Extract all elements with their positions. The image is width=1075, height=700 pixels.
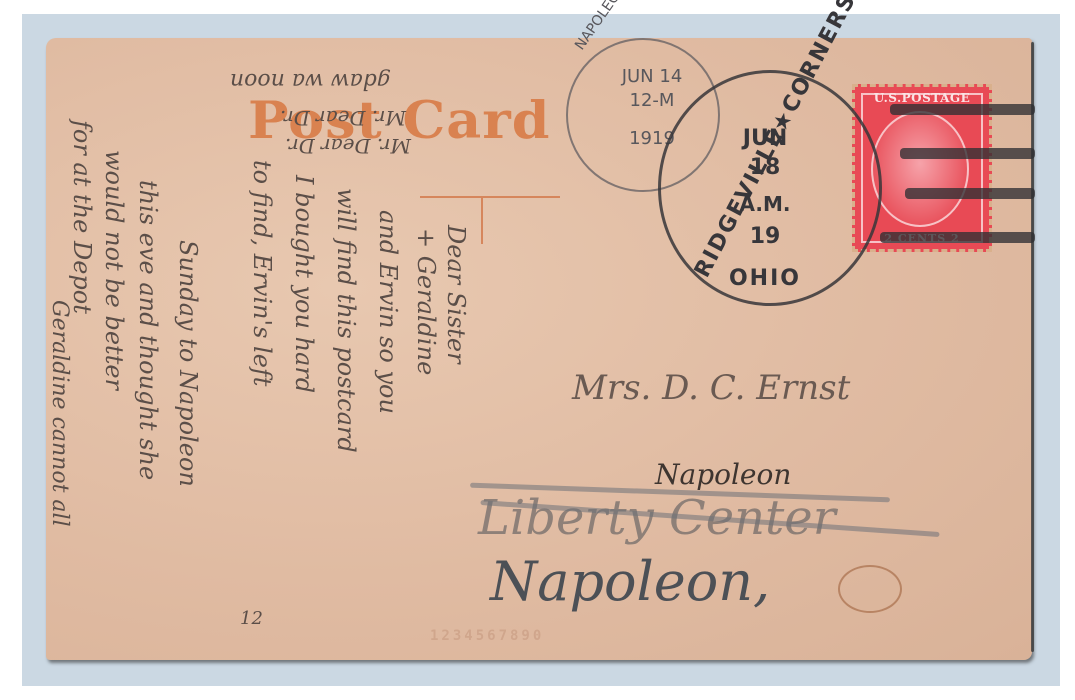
cancellation-bar [880,232,1035,243]
message-line: for at the Depot [68,120,96,314]
message-line: Geraldine cannot all [47,300,72,527]
handwritten-top-line: Mr. Dear Dr. [285,134,411,158]
cancellation-bar [905,188,1035,199]
origin-postmark-date: JUN 14 [612,66,692,87]
message-line: to find, Ervin's left [248,160,276,386]
ghost-imprint: 1234567890 [430,628,544,644]
receiving-postmark-year: 19 [735,224,795,249]
cancellation-bar [900,148,1035,159]
receiving-postmark-state: OHIO [720,266,810,291]
correction-city-small: Napoleon [655,458,791,491]
cancellation-bar [890,104,1035,115]
address-divider-vertical [481,196,483,244]
message-line: Sunday to Napoleon [174,240,202,487]
circled-mark [838,565,902,613]
handwritten-top-line: Mr. Dear Dr. [280,106,406,130]
stamp-top-text: U.S.POSTAGE [855,91,989,105]
message-line: would not be better [100,150,128,390]
message-line: and Ervin so you [374,210,402,414]
message-line: this eve and thought she [134,180,162,480]
marginal-note: 12 [240,608,263,629]
destination-city: Napoleon, [490,550,770,613]
address-divider-horizontal [420,196,560,198]
recipient-name: Mrs. D. C. Ernst [572,368,850,408]
message-line: + Geraldine [412,228,440,375]
receiving-postmark-day: 18 [735,155,795,180]
origin-postmark-time: 12-M [612,90,692,111]
receiving-postmark-month: JUN [735,126,795,151]
message-line: will find this postcard [332,188,360,453]
message-line: I bought you hard [290,175,318,393]
handwritten-top-line: gdaw wa noon [230,68,391,93]
stamp-portrait [871,111,969,227]
message-line: Dear Sister [442,225,470,364]
receiving-postmark-time: A.M. [735,192,795,216]
